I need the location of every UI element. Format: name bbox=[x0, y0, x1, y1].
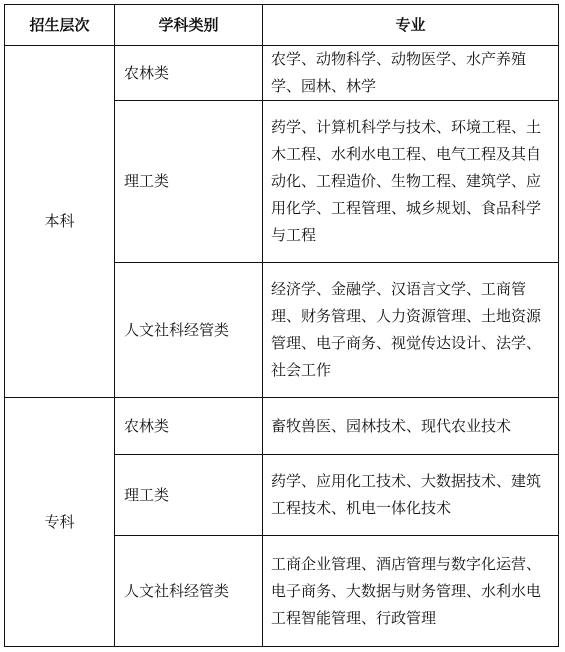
majors-cell: 畜牧兽医、园林技术、现代农业技术 bbox=[263, 398, 559, 455]
level-cell: 专科 bbox=[5, 398, 115, 647]
majors-cell: 经济学、金融学、汉语言文学、工商管理、财务管理、人力资源管理、土地资源管理、电子… bbox=[263, 263, 559, 398]
header-category: 学科类别 bbox=[115, 5, 263, 46]
majors-cell: 农学、动物科学、动物医学、水产养殖学、园林、林学 bbox=[263, 46, 559, 101]
majors-cell: 工商企业管理、酒店管理与数字化运营、电子商务、大数据与财务管理、水利水电工程智能… bbox=[263, 536, 559, 647]
header-row: 招生层次 学科类别 专业 bbox=[5, 5, 559, 46]
header-major: 专业 bbox=[263, 5, 559, 46]
category-cell: 理工类 bbox=[115, 455, 263, 536]
table-row: 专科 农林类 畜牧兽医、园林技术、现代农业技术 bbox=[5, 398, 559, 455]
majors-cell: 药学、应用化工技术、大数据技术、建筑工程技术、机电一体化技术 bbox=[263, 455, 559, 536]
level-cell: 本科 bbox=[5, 46, 115, 398]
category-cell: 人文社科经管类 bbox=[115, 536, 263, 647]
majors-table: 招生层次 学科类别 专业 本科 农林类 农学、动物科学、动物医学、水产养殖学、园… bbox=[4, 4, 559, 647]
table-row: 本科 农林类 农学、动物科学、动物医学、水产养殖学、园林、林学 bbox=[5, 46, 559, 101]
category-cell: 理工类 bbox=[115, 101, 263, 263]
header-level: 招生层次 bbox=[5, 5, 115, 46]
majors-cell: 药学、计算机科学与技术、环境工程、土木工程、水利水电工程、电气工程及其自动化、工… bbox=[263, 101, 559, 263]
category-cell: 农林类 bbox=[115, 46, 263, 101]
category-cell: 农林类 bbox=[115, 398, 263, 455]
category-cell: 人文社科经管类 bbox=[115, 263, 263, 398]
